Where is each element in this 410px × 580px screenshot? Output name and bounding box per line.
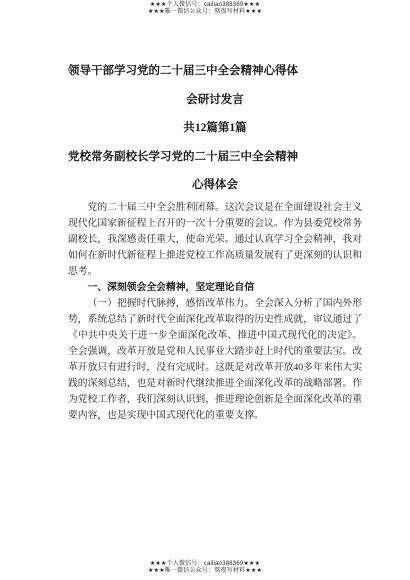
watermark-footer: ★★★个人微信号：cailiao388369★★★ ★★★唯一微信公众号：熬夜写…: [0, 561, 410, 575]
doc-title-line2: 会研讨发言: [68, 86, 362, 115]
doc-subtitle-line2: 心得体会: [68, 171, 362, 200]
document-page: ★★★个人微信号：cailiao388369★★★ ★★★唯一微信公众号：熬夜写…: [0, 0, 410, 580]
doc-title-line1: 领导干部学习党的二十届三中全会精神心得体: [68, 57, 362, 86]
section-heading: 一、深刻领会全会精神，坚定理论自信: [68, 280, 362, 296]
paragraph-body: （一）把握时代脉搏，感悟改革伟力。全会深入分析了国内外形势，系统总结了新时代全面…: [68, 296, 362, 424]
watermark-header: ★★★个人微信号：cailiao388369★★★ ★★★唯一微信公众号：熬夜写…: [0, 2, 410, 16]
doc-subtitle-line1: 党校常务副校长学习党的二十届三中全会精神: [68, 143, 362, 172]
watermark-header-line2: ★★★唯一微信公众号：熬夜写材料★★★: [0, 9, 410, 16]
watermark-header-line1: ★★★个人微信号：cailiao388369★★★: [0, 2, 410, 9]
document-content: 领导干部学习党的二十届三中全会精神心得体 会研讨发言 共12篇第1篇 党校常务副…: [68, 57, 362, 424]
watermark-footer-line2: ★★★唯一微信公众号：熬夜写材料★★★: [0, 568, 410, 575]
doc-count: 共12篇第1篇: [68, 114, 362, 143]
paragraph-intro: 党的二十届三中全会胜利闭幕。这次会议是在全面建设社会主义现代化国家新征程上召开的…: [68, 200, 362, 280]
watermark-footer-line1: ★★★个人微信号：cailiao388369★★★: [0, 561, 410, 568]
